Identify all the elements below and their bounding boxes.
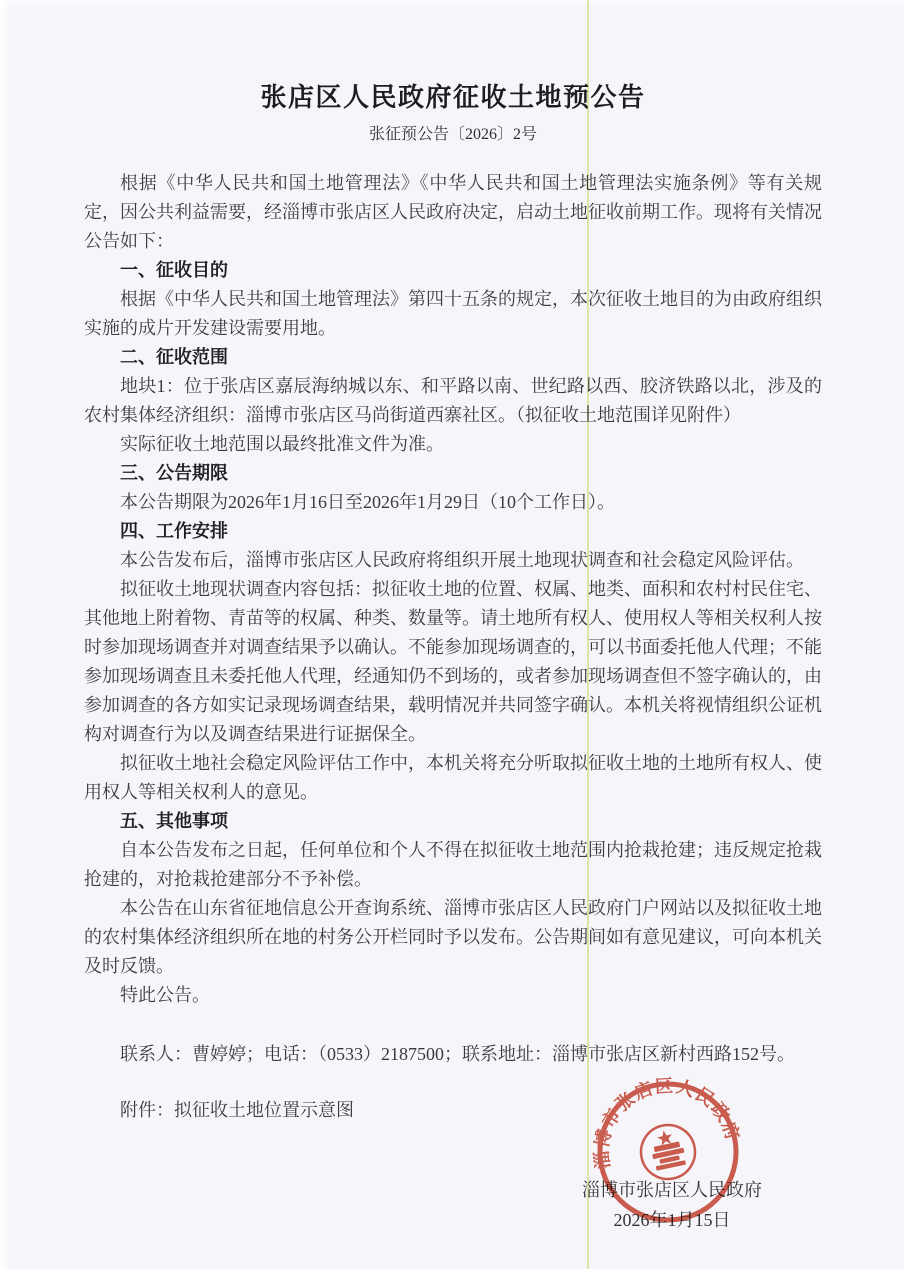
section-heading: 一、征收目的 (84, 256, 822, 285)
scan-edge-bottom (0, 1269, 904, 1279)
announcement-page: 张店区人民政府征收土地预公告 张征预公告〔2026〕2号 根据《中华人民共和国土… (0, 0, 904, 1279)
paragraph: 实际征收土地范围以最终批准文件为准。 (84, 430, 822, 459)
section-heading: 三、公告期限 (84, 459, 822, 488)
paragraph: 根据《中华人民共和国土地管理法》《中华人民共和国土地管理法实施条例》等有关规定，… (84, 169, 822, 256)
paragraph: 本公告发布后，淄博市张店区人民政府将组织开展土地现状调查和社会稳定风险评估。 (84, 546, 822, 575)
paragraph: 拟征收土地现状调查内容包括：拟征收土地的位置、权属、地类、面积和农村村民住宅、其… (84, 575, 822, 749)
paragraph: 自本公告发布之日起，任何单位和个人不得在拟征收土地范围内抢栽抢建；违反规定抢栽抢… (84, 836, 822, 894)
document-body: 根据《中华人民共和国土地管理法》《中华人民共和国土地管理法实施条例》等有关规定，… (84, 169, 822, 1010)
section-heading: 二、征收范围 (84, 343, 822, 372)
section-heading: 四、工作安排 (84, 517, 822, 546)
page-title: 张店区人民政府征收土地预公告 (84, 80, 822, 114)
official-seal: 淄博市张店区人民政府 (573, 1057, 763, 1247)
section-heading: 五、其他事项 (84, 807, 822, 836)
paragraph: 本公告在山东省征地信息公开查询系统、淄博市张店区人民政府门户网站以及拟征收土地的… (84, 894, 822, 981)
paragraph: 地块1：位于张店区嘉辰海纳城以东、和平路以南、世纪路以西、胶济铁路以北，涉及的农… (84, 372, 822, 430)
paragraph: 根据《中华人民共和国土地管理法》第四十五条的规定，本次征收土地目的为由政府组织实… (84, 285, 822, 343)
national-emblem-icon (636, 1120, 700, 1184)
paragraph: 特此公告。 (84, 981, 822, 1010)
paragraph: 本公告期限为2026年1月16日至2026年1月29日（10个工作日）。 (84, 488, 822, 517)
doc-number: 张征预公告〔2026〕2号 (84, 123, 822, 147)
document-content: 张店区人民政府征收土地预公告 张征预公告〔2026〕2号 根据《中华人民共和国土… (0, 0, 904, 1279)
paragraph: 拟征收土地社会稳定风险评估工作中，本机关将充分听取拟征收土地的土地所有权人、使用… (84, 749, 822, 807)
